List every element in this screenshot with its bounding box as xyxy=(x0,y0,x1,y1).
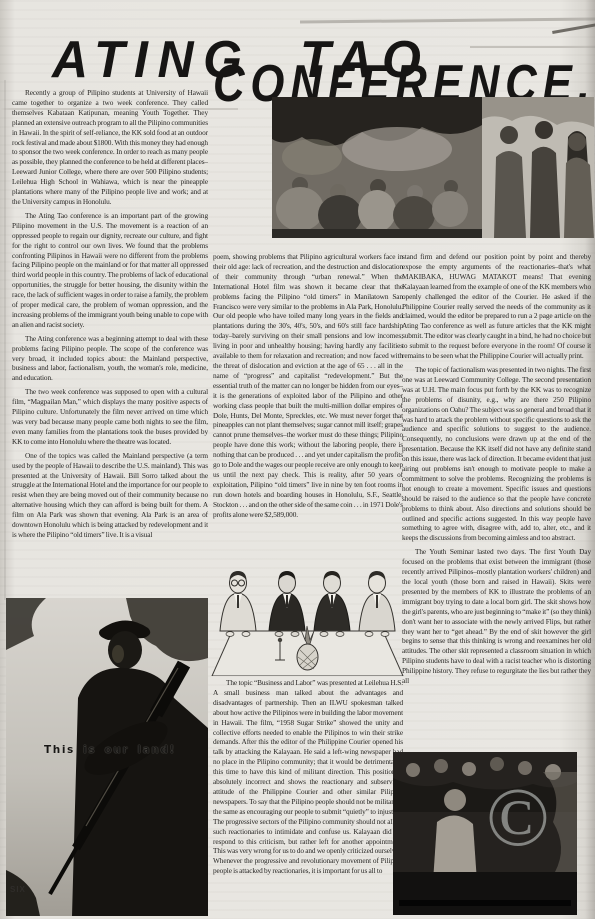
scan-line xyxy=(300,17,595,23)
column-1: Recently a group of Pilipino students at… xyxy=(12,88,208,656)
paragraph: The Ating conference was a beginning att… xyxy=(12,334,208,384)
paragraph: The Ating Tao conference is an important… xyxy=(12,211,208,330)
newspaper-page: ATING TAO CONFERENCE, Recently a group o… xyxy=(0,0,595,919)
businessmen-cartoon xyxy=(210,558,405,676)
column-2-top: poem, showing problems that Pilipino agr… xyxy=(213,252,403,560)
paragraph: stand firm and defend our position point… xyxy=(402,252,591,361)
top-right-photo xyxy=(272,97,594,238)
paragraph: poem, showing problems that Pilipino agr… xyxy=(213,252,403,519)
copyright-watermark: © xyxy=(486,776,570,860)
paragraph: The topic “Business and Labor” was prese… xyxy=(213,678,403,876)
photo-caption: This is our land! xyxy=(44,744,176,756)
scan-line xyxy=(470,46,595,48)
cartoon-art xyxy=(210,558,405,676)
man-with-rifle-art xyxy=(6,598,208,916)
paragraph: The topic of factionalism was presented … xyxy=(402,365,591,543)
fold-line xyxy=(4,80,6,600)
column-3: stand firm and defend our position point… xyxy=(402,252,591,748)
paragraph: One of the topics was called the Mainlan… xyxy=(12,451,208,540)
paragraph: Recently a group of Pilipino students at… xyxy=(12,88,208,207)
man-with-rifle-photo xyxy=(6,598,208,916)
column-2-bottom: The topic “Business and Labor” was prese… xyxy=(213,678,403,916)
paragraph: The two week conference was supposed to … xyxy=(12,387,208,446)
paragraph: The Youth Seminar lasted two days. The f… xyxy=(402,547,591,686)
page-number: SIX xyxy=(10,885,26,894)
conference-group-photo-art xyxy=(272,97,594,238)
